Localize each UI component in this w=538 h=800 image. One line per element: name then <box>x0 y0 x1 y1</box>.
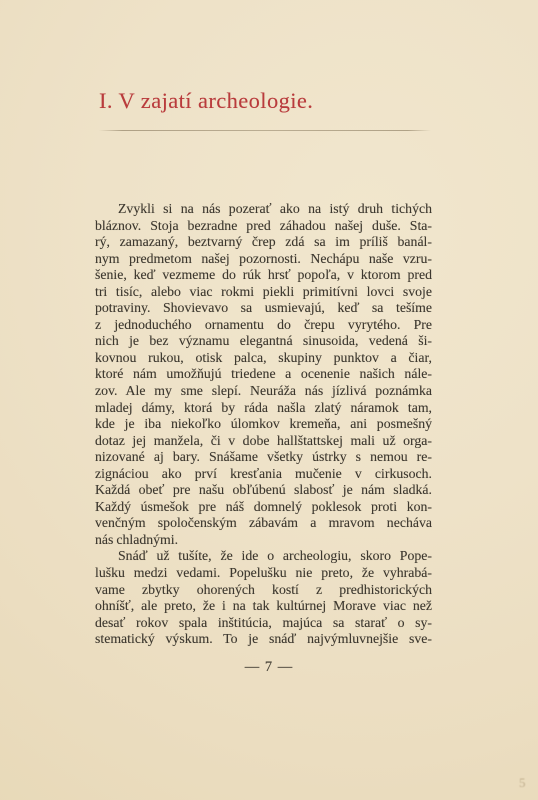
text-line: nás chladnými. <box>95 532 432 549</box>
text-line: dotaz jej manžela, či v dobe hallštattsk… <box>95 433 432 450</box>
text-line: mladej dámy, ktorá by ráda našla zlatý n… <box>95 400 432 417</box>
text-line: Zvykli si na nás pozerať ako na istý dru… <box>95 201 432 218</box>
text-line: rý, zamazaný, beztvarný črep zdá sa im p… <box>95 234 432 251</box>
text-line: kde je iba niekoľko úlomkov kremeňa, ani… <box>95 416 432 433</box>
page-number: — 7 — <box>0 659 538 676</box>
text-line: zov. Ale my sme slepí. Neuráža nás jízli… <box>95 383 432 400</box>
text-line: šenie, keď vezmeme do rúk hrsť popoľa, v… <box>95 267 432 284</box>
text-line: ohníšť, ale preto, že i na tak kultúrnej… <box>95 598 432 615</box>
book-page: I. V zajatí archeologie. Zvykli si na ná… <box>0 0 538 800</box>
chapter-title: I. V zajatí archeologie. <box>99 88 313 114</box>
text-line: ktoré nám umožňujú triedene a ocenenie n… <box>95 366 432 383</box>
text-line: desať rokov spala inštitúcia, majúca sa … <box>95 615 432 632</box>
text-line: nym predmetom našej pozornosti. Nechápu … <box>95 251 432 268</box>
text-line: kovnou rukou, otisk palca, skupiny punkt… <box>95 350 432 367</box>
text-line: Každý úsmešok pre náš domnelý poklesok p… <box>95 499 432 516</box>
text-line: nich je bez významu elegantná sinusoida,… <box>95 333 432 350</box>
corner-smudge: 5 <box>519 775 526 791</box>
title-divider-rule <box>99 130 431 131</box>
text-line: potraviny. Shovievavo sa usmievajú, keď … <box>95 300 432 317</box>
text-line: nizované aj bary. Snášame všetky ústrky … <box>95 449 432 466</box>
text-line: stematický výskum. To je snáď najvýmluvn… <box>95 631 432 648</box>
body-text: Zvykli si na nás pozerať ako na istý dru… <box>95 201 432 648</box>
text-line: bláznov. Stoja bezradne pred záhadou naš… <box>95 218 432 235</box>
text-line: zignáciou ako prví kresťania mučenie v c… <box>95 466 432 483</box>
text-line: z jednoduchého ornamentu do črepu vyryté… <box>95 317 432 334</box>
text-line: tri tisíc, alebo viac rokmi piekli primi… <box>95 284 432 301</box>
text-line: Každá obeť pre našu obľúbenú slabosť je … <box>95 482 432 499</box>
text-line: vame zbytky ohorených kostí z predhistor… <box>95 582 432 599</box>
text-line: venčným spoločenským zábavám a mravom ne… <box>95 515 432 532</box>
text-line: lušku medzi vedami. Popelušku nie preto,… <box>95 565 432 582</box>
text-line: Snáď už tušíte, že ide o archeologiu, sk… <box>95 548 432 565</box>
